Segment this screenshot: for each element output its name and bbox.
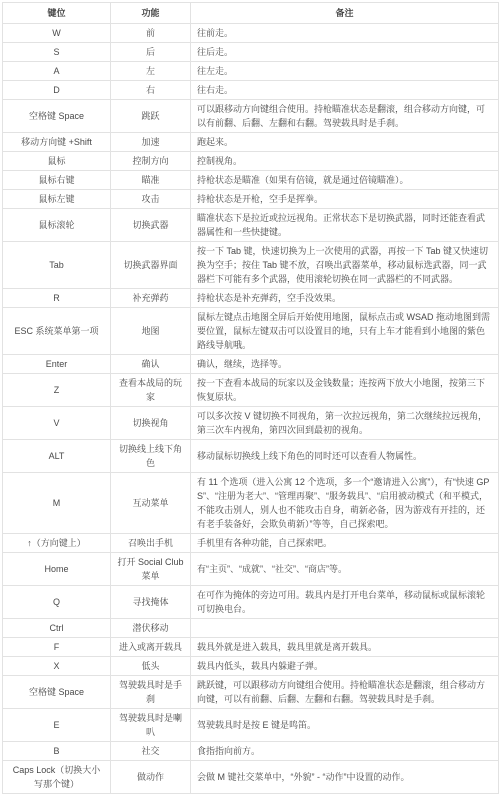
table-row: S 后 往后走。: [3, 43, 499, 62]
key-cell: 空格键 Space: [3, 100, 111, 133]
note-cell: 会做 M 键社交菜单中，“外貌” - “动作”中设置的动作。: [191, 761, 499, 794]
key-cell: Home: [3, 553, 111, 586]
table-header: 键位 功能 备注: [3, 3, 499, 24]
table-row: ESC 系统菜单第一项 地图 鼠标左键点击地图全屏后开始使用地图，鼠标点击或 W…: [3, 308, 499, 355]
function-cell: 做动作: [111, 761, 191, 794]
note-cell: 按一下 Tab 键，快速切换为上一次使用的武器，再按一下 Tab 键又快速切换为…: [191, 242, 499, 289]
function-cell: 瞄准: [111, 171, 191, 190]
key-cell: 空格键 Space: [3, 676, 111, 709]
function-cell: 跳跃: [111, 100, 191, 133]
table-row: X 低头 载具内低头，载具内躲避子弹。: [3, 657, 499, 676]
note-cell: 载具外就是进入载具，载具里就是离开载具。: [191, 638, 499, 657]
table-row: 移动方向键 +Shift 加速 跑起来。: [3, 133, 499, 152]
note-cell: 持枪状态是开枪，空手是挥拳。: [191, 190, 499, 209]
function-cell: 驾驶载具时是喇叭: [111, 709, 191, 742]
column-header-key: 键位: [3, 3, 111, 24]
table-row: E 驾驶载具时是喇叭 驾驶载具时是按 E 键是鸣笛。: [3, 709, 499, 742]
table-row: 空格键 Space 驾驶载具时是手刹 跳跃键，可以跟移动方向键组合使用。持枪瞄准…: [3, 676, 499, 709]
table-row: Z 查看本战局的玩家 按一下查看本战局的玩家以及金钱数量；连按两下放大小地图，按…: [3, 374, 499, 407]
function-cell: 补充弹药: [111, 289, 191, 308]
table-row: ALT 切换线上线下角色 移动鼠标切换线上线下角色的同时还可以查看人物属性。: [3, 440, 499, 473]
note-cell: 可以多次按 V 键切换不同视角，第一次拉远视角，第二次继续拉远视角，第三次车内视…: [191, 407, 499, 440]
key-cell: S: [3, 43, 111, 62]
table-row: D 右 往右走。: [3, 81, 499, 100]
table-row: W 前 往前走。: [3, 24, 499, 43]
function-cell: 切换视角: [111, 407, 191, 440]
note-cell: 鼠标左键点击地图全屏后开始使用地图，鼠标点击或 WSAD 拖动地图到需要位置，鼠…: [191, 308, 499, 355]
note-cell: 跑起来。: [191, 133, 499, 152]
table-row: R 补充弹药 持枪状态是补充弹药，空手没效果。: [3, 289, 499, 308]
key-cell: Caps Lock（切换大小写那个键）: [3, 761, 111, 794]
key-cell: B: [3, 742, 111, 761]
function-cell: 寻找掩体: [111, 586, 191, 619]
key-cell: F: [3, 638, 111, 657]
table-row: Home 打开 Social Club 菜单 有“主页”、“成就”、“社交”、“…: [3, 553, 499, 586]
function-cell: 查看本战局的玩家: [111, 374, 191, 407]
note-cell: 在可作为掩体的旁边可用。载具内是打开电台菜单，移动鼠标或鼠标滚轮可切换电台。: [191, 586, 499, 619]
note-cell: 可以跟移动方向键组合使用。持枪瞄准状态是翻滚，组合移动方向键，可以有前翻、后翻、…: [191, 100, 499, 133]
function-cell: 控制方向: [111, 152, 191, 171]
function-cell: 社交: [111, 742, 191, 761]
note-cell: 载具内低头，载具内躲避子弹。: [191, 657, 499, 676]
table-row: 空格键 Space 跳跃 可以跟移动方向键组合使用。持枪瞄准状态是翻滚，组合移动…: [3, 100, 499, 133]
note-cell: 往后走。: [191, 43, 499, 62]
function-cell: 低头: [111, 657, 191, 676]
note-cell: 往前走。: [191, 24, 499, 43]
key-cell: M: [3, 473, 111, 534]
key-cell: E: [3, 709, 111, 742]
note-cell: [191, 619, 499, 638]
key-cell: Ctrl: [3, 619, 111, 638]
function-cell: 攻击: [111, 190, 191, 209]
header-row: 键位 功能 备注: [3, 3, 499, 24]
note-cell: 往左走。: [191, 62, 499, 81]
table-row: 鼠标滚轮 切换武器 瞄准状态下是拉近或拉远视角。正常状态下是切换武器，同时还能查…: [3, 209, 499, 242]
key-cell: Q: [3, 586, 111, 619]
note-cell: 手机里有各种功能，自己探索吧。: [191, 534, 499, 553]
function-cell: 互动菜单: [111, 473, 191, 534]
table-row: M 互动菜单 有 11 个选项（进入公寓 12 个选项，多一个“邀请进入公寓”）…: [3, 473, 499, 534]
key-cell: X: [3, 657, 111, 676]
keybind-table: 键位 功能 备注 W 前 往前走。 S 后 往后走。 A 左 往左走。 D 右 …: [2, 2, 499, 794]
key-cell: W: [3, 24, 111, 43]
note-cell: 食指指向前方。: [191, 742, 499, 761]
note-cell: 持枪状态是瞄准（如果有倍镜，就是通过倍镜瞄准）。: [191, 171, 499, 190]
note-cell: 瞄准状态下是拉近或拉远视角。正常状态下是切换武器，同时还能查看武器属性和一些快捷…: [191, 209, 499, 242]
key-cell: R: [3, 289, 111, 308]
key-cell: ESC 系统菜单第一项: [3, 308, 111, 355]
table-row: Caps Lock（切换大小写那个键） 做动作 会做 M 键社交菜单中，“外貌”…: [3, 761, 499, 794]
function-cell: 前: [111, 24, 191, 43]
key-cell: Z: [3, 374, 111, 407]
function-cell: 驾驶载具时是手刹: [111, 676, 191, 709]
table-row: Enter 确认 确认，继续，选择等。: [3, 355, 499, 374]
column-header-note: 备注: [191, 3, 499, 24]
table-row: ↑（方向键上） 召唤出手机 手机里有各种功能，自己探索吧。: [3, 534, 499, 553]
note-cell: 持枪状态是补充弹药，空手没效果。: [191, 289, 499, 308]
table-row: F 进入或离开载具 载具外就是进入载具，载具里就是离开载具。: [3, 638, 499, 657]
key-cell: D: [3, 81, 111, 100]
key-cell: ALT: [3, 440, 111, 473]
function-cell: 切换线上线下角色: [111, 440, 191, 473]
note-cell: 确认，继续，选择等。: [191, 355, 499, 374]
note-cell: 跳跃键，可以跟移动方向键组合使用。持枪瞄准状态是翻滚，组合移动方向键，可以有前翻…: [191, 676, 499, 709]
note-cell: 有“主页”、“成就”、“社交”、“商店”等。: [191, 553, 499, 586]
table-row: 鼠标右键 瞄准 持枪状态是瞄准（如果有倍镜，就是通过倍镜瞄准）。: [3, 171, 499, 190]
key-cell: 鼠标左键: [3, 190, 111, 209]
key-cell: V: [3, 407, 111, 440]
key-cell: A: [3, 62, 111, 81]
function-cell: 地图: [111, 308, 191, 355]
function-cell: 右: [111, 81, 191, 100]
function-cell: 进入或离开载具: [111, 638, 191, 657]
table-row: Ctrl 潜伏移动: [3, 619, 499, 638]
table-row: B 社交 食指指向前方。: [3, 742, 499, 761]
function-cell: 切换武器: [111, 209, 191, 242]
function-cell: 左: [111, 62, 191, 81]
key-cell: Tab: [3, 242, 111, 289]
table-row: A 左 往左走。: [3, 62, 499, 81]
table-row: 鼠标左键 攻击 持枪状态是开枪，空手是挥拳。: [3, 190, 499, 209]
key-cell: 鼠标滚轮: [3, 209, 111, 242]
function-cell: 切换武器界面: [111, 242, 191, 289]
note-cell: 有 11 个选项（进入公寓 12 个选项，多一个“邀请进入公寓”），有“快速 G…: [191, 473, 499, 534]
key-cell: 鼠标: [3, 152, 111, 171]
function-cell: 后: [111, 43, 191, 62]
table-row: V 切换视角 可以多次按 V 键切换不同视角，第一次拉远视角，第二次继续拉远视角…: [3, 407, 499, 440]
table-row: Tab 切换武器界面 按一下 Tab 键，快速切换为上一次使用的武器，再按一下 …: [3, 242, 499, 289]
function-cell: 打开 Social Club 菜单: [111, 553, 191, 586]
note-cell: 按一下查看本战局的玩家以及金钱数量；连按两下放大小地图，按第三下恢复原状。: [191, 374, 499, 407]
table-row: Q 寻找掩体 在可作为掩体的旁边可用。载具内是打开电台菜单，移动鼠标或鼠标滚轮可…: [3, 586, 499, 619]
table-body: W 前 往前走。 S 后 往后走。 A 左 往左走。 D 右 往右走。 空格键 …: [3, 24, 499, 794]
function-cell: 确认: [111, 355, 191, 374]
key-cell: Enter: [3, 355, 111, 374]
note-cell: 控制视角。: [191, 152, 499, 171]
function-cell: 召唤出手机: [111, 534, 191, 553]
note-cell: 驾驶载具时是按 E 键是鸣笛。: [191, 709, 499, 742]
key-cell: 移动方向键 +Shift: [3, 133, 111, 152]
column-header-function: 功能: [111, 3, 191, 24]
function-cell: 潜伏移动: [111, 619, 191, 638]
key-cell: ↑（方向键上）: [3, 534, 111, 553]
function-cell: 加速: [111, 133, 191, 152]
note-cell: 往右走。: [191, 81, 499, 100]
key-cell: 鼠标右键: [3, 171, 111, 190]
table-row: 鼠标 控制方向 控制视角。: [3, 152, 499, 171]
note-cell: 移动鼠标切换线上线下角色的同时还可以查看人物属性。: [191, 440, 499, 473]
